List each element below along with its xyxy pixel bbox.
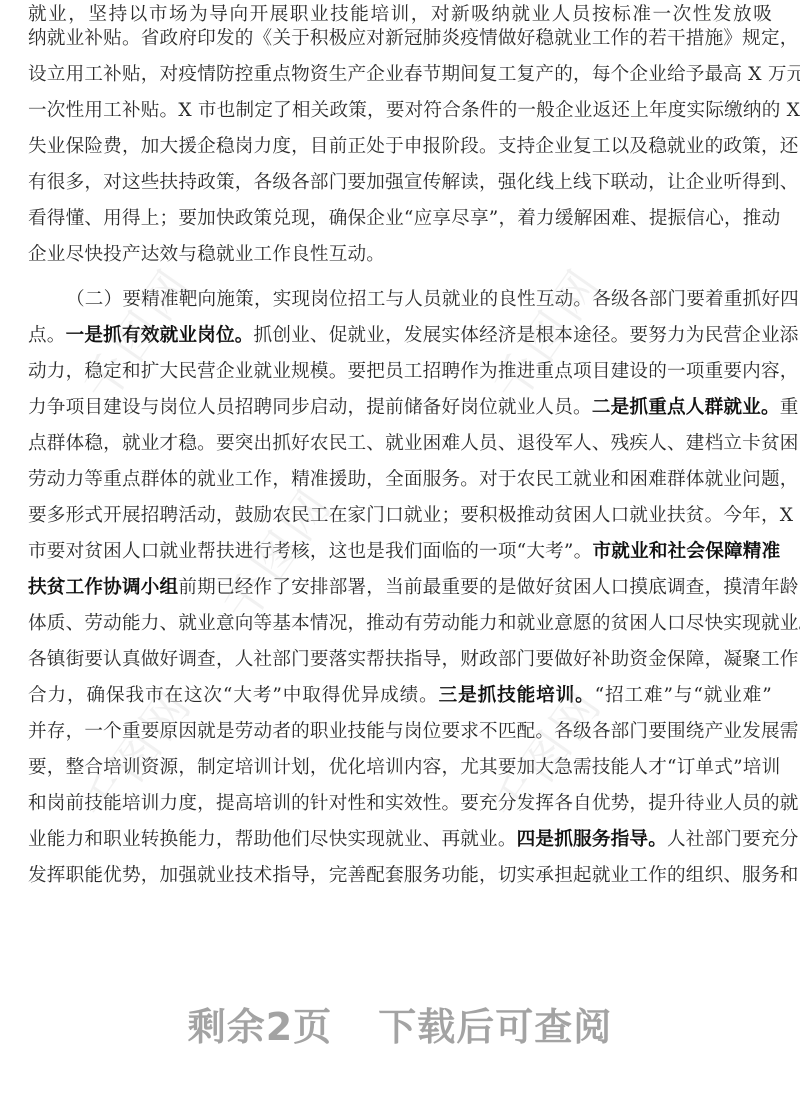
text-line: 要多形式开展招聘活动，鼓励农民工在家门口就业；要积极推动贫困人口就业扶贫。今年，… [28, 498, 772, 534]
text-segment: 力争项目建设与岗位人员招聘同步启动，提前储备好岗位就业人员。 [28, 397, 592, 418]
text-line: 动力，稳定和扩大民营企业就业规模。要把员工招聘作为推进重点项目建设的一项重要内容… [28, 354, 772, 390]
bold-heading-segment: 二是抓重点人群就业。 [592, 397, 780, 418]
text-segment: 看得懂、用得上；要加快政策兑现，确保企业“应享尽享”，着力缓解困难、提振信心，推… [28, 208, 780, 229]
text-segment: 市要对贫困人口就业帮扶进行考核，这也是我们面临的一项“大考”。 [28, 541, 592, 562]
text-segment: 并存，一个重要原因就是劳动者的职业技能与岗位要求不匹配。各级各部门要围绕产业发展… [28, 721, 799, 742]
text-segment: 要多形式开展招聘活动，鼓励农民工在家门口就业；要积极推动贫困人口就业扶贫。今年，… [28, 505, 793, 526]
text-segment: 人社部门要充分 [667, 829, 799, 850]
text-segment: 体质、劳动能力、就业意向等基本情况，推动有劳动能力和就业意愿的贫困人口尽快实现就… [28, 613, 800, 634]
text-segment: “招工难”与“就业难” [595, 685, 772, 706]
text-line: 合力，确保我市在这次“大考”中取得优异成绩。三是抓技能培训。“招工难”与“就业难… [28, 678, 772, 714]
text-line: 劳动力等重点群体的就业工作，精准援助，全面服务。对于农民工就业和困难群体就业问题… [28, 462, 772, 498]
text-segment: 设立用工补贴，对疫情防控重点物资生产企业春节期间复工复产的，每个企业给予最高 X… [28, 64, 800, 85]
text-segment: 前期已经作了安排部署，当前最重要的是做好贫困人口摸底调查，摸清年龄 [178, 577, 798, 598]
text-line: 企业尽快投产达效与稳就业工作良性互动。 [28, 237, 772, 273]
text-line: 业能力和职业转换能力，帮助他们尽快实现就业、再就业。四是抓服务指导。人社部门要充… [28, 822, 772, 858]
text-segment: 业能力和职业转换能力，帮助他们尽快实现就业、再就业。 [28, 829, 517, 850]
text-line: 有很多，对这些扶持政策，各级各部门要加强宣传解读，强化线上线下联动，让企业听得到… [28, 165, 772, 201]
text-segment: 合力，确保我市在这次“大考”中取得优异成绩。 [28, 685, 439, 706]
text-line: 失业保险费，加大援企稳岗力度，目前正处于申报阶段。支持企业复工以及稳就业的政策，… [28, 129, 772, 165]
text-line: 力争项目建设与岗位人员招聘同步启动，提前储备好岗位就业人员。二是抓重点人群就业。… [28, 390, 772, 426]
text-segment: 有很多，对这些扶持政策，各级各部门要加强宣传解读，强化线上线下联动，让企业听得到… [28, 172, 799, 193]
text-segment: 企业尽快投产达效与稳就业工作良性互动。 [28, 244, 385, 265]
text-segment: 点群体稳，就业才稳。要突出抓好农民工、就业困难人员、退役军人、残疾人、建档立卡贫… [28, 433, 799, 454]
text-line: 体质、劳动能力、就业意向等基本情况，推动有劳动能力和就业意愿的贫困人口尽快实现就… [28, 606, 772, 642]
text-line: 市要对贫困人口就业帮扶进行考核，这也是我们面临的一项“大考”。市就业和社会保障精… [28, 534, 772, 570]
text-line: 看得懂、用得上；要加快政策兑现，确保企业“应享尽享”，着力缓解困难、提振信心，推… [28, 201, 772, 237]
text-line: 并存，一个重要原因就是劳动者的职业技能与岗位要求不匹配。各级各部门要围绕产业发展… [28, 714, 772, 750]
text-line: 点群体稳，就业才稳。要突出抓好农民工、就业困难人员、退役军人、残疾人、建档立卡贫… [28, 426, 772, 462]
text-segment: 一次性用工补贴。X 市也制定了相关政策，要对符合条件的一般企业返还上年度实际缴纳… [28, 100, 800, 121]
bold-heading-segment: 三是抓技能培训。 [439, 685, 595, 706]
text-segment: 发挥职能优势，加强就业技术指导，完善配套服务功能，切实承担起就业工作的组织、服务… [28, 865, 799, 886]
bold-heading-segment: 四是抓服务指导。 [517, 829, 667, 850]
text-segment: 重 [780, 397, 799, 418]
text-segment: 动力，稳定和扩大民营企业就业规模。要把员工招聘作为推进重点项目建设的一项重要内容… [28, 361, 799, 382]
text-line: 设立用工补贴，对疫情防控重点物资生产企业春节期间复工复产的，每个企业给予最高 X… [28, 57, 772, 93]
text-line: 要，整合培训资源，制定培训计划，优化培训内容，尤其要加大急需技能人才“订单式”培… [28, 750, 772, 786]
text-segment: 要，整合培训资源，制定培训计划，优化培训内容，尤其要加大急需技能人才“订单式”培… [28, 757, 780, 778]
text-segment: 点。 [28, 325, 66, 346]
text-line: 扶贫工作协调小组前期已经作了安排部署，当前最重要的是做好贫困人口摸底调查，摸清年… [28, 570, 772, 606]
bold-heading-segment: 一是抓有效就业岗位。 [66, 325, 254, 346]
text-line: 发挥职能优势，加强就业技术指导，完善配套服务功能，切实承担起就业工作的组织、服务… [28, 858, 772, 894]
text-line: 各镇街要认真做好调查，人社部门要落实帮扶指导，财政部门要做好补助资金保障，凝聚工… [28, 642, 772, 678]
download-to-view-label[interactable]: 下载后可查阅 [378, 1005, 612, 1049]
text-line: 纳就业补贴。省政府印发的《关于积极应对新冠肺炎疫情做好稳就业工作的若干措施》规定… [28, 21, 772, 57]
bold-heading-segment: 扶贫工作协调小组 [28, 577, 178, 598]
text-segment: 失业保险费，加大援企稳岗力度，目前正处于申报阶段。支持企业复工以及稳就业的政策，… [28, 136, 799, 157]
text-line: 和岗前技能培训力度，提高培训的针对性和实效性。要充分发挥各自优势，提升待业人员的… [28, 786, 772, 822]
text-line: （二）要精准靶向施策，实现岗位招工与人员就业的良性互动。各级各部门要着重抓好四 [66, 282, 772, 318]
text-line: 点。一是抓有效就业岗位。抓创业、促就业，发展实体经济是根本途径。要努力为民营企业… [28, 318, 772, 354]
remaining-pages-label: 剩余2页 [188, 1005, 332, 1049]
text-segment: 纳就业补贴。省政府印发的《关于积极应对新冠肺炎疫情做好稳就业工作的若干措施》规定… [28, 28, 799, 49]
text-segment: 和岗前技能培训力度，提高培训的针对性和实效性。要充分发挥各自优势，提升待业人员的… [28, 793, 799, 814]
document-page: 就业，坚持以市场为导向开展职业技能培训，对新吸纳就业人员按标准一次性发放吸纳就业… [0, 0, 800, 1100]
text-segment: 劳动力等重点群体的就业工作，精准援助，全面服务。对于农民工就业和困难群体就业问题… [28, 469, 799, 490]
bold-heading-segment: 市就业和社会保障精准 [592, 541, 780, 562]
text-line: 一次性用工补贴。X 市也制定了相关政策，要对符合条件的一般企业返还上年度实际缴纳… [28, 93, 772, 129]
remaining-pages-banner[interactable]: 剩余2页下载后可查阅 [0, 996, 800, 1051]
text-segment: 各镇街要认真做好调查，人社部门要落实帮扶指导，财政部门要做好补助资金保障，凝聚工… [28, 649, 799, 670]
text-segment: 抓创业、促就业，发展实体经济是根本途径。要努力为民营企业添 [254, 325, 799, 346]
text-segment: （二）要精准靶向施策，实现岗位招工与人员就业的良性互动。各级各部门要着重抓好四 [66, 289, 799, 310]
